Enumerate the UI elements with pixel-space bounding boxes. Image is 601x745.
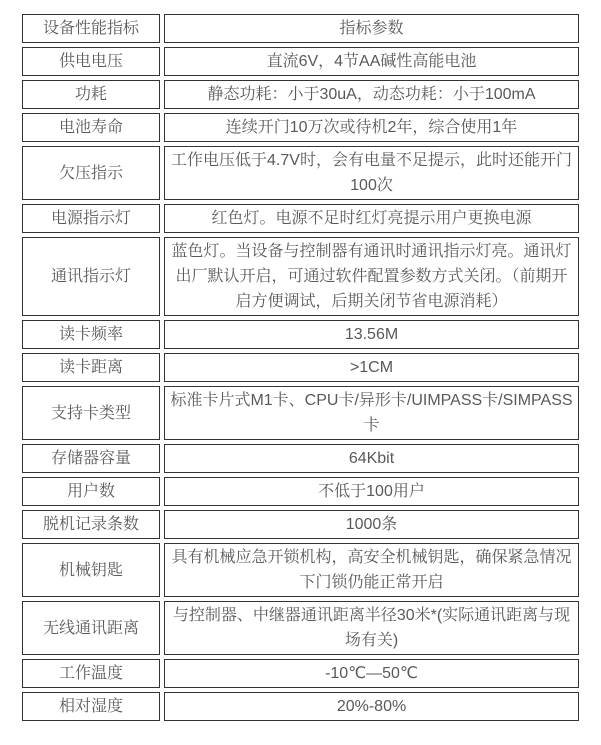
spec-value: 1000条 xyxy=(164,510,579,539)
spec-value: 静态功耗：小于30uA，动态功耗：小于100mA xyxy=(164,80,579,109)
spec-label: 电池寿命 xyxy=(22,113,160,142)
spec-label: 机械钥匙 xyxy=(22,543,160,597)
spec-label: 读卡频率 xyxy=(22,320,160,349)
spec-label: 相对湿度 xyxy=(22,692,160,721)
table-row: 通讯指示灯蓝色灯。当设备与控制器有通讯时通讯指示灯亮。通讯灯出厂默认开启，可通过… xyxy=(22,237,579,316)
spec-value: 20%-80% xyxy=(164,692,579,721)
header-row: 设备性能指标 指标参数 xyxy=(22,14,579,43)
table-row: 供电电压直流6V，4节AA碱性高能电池 xyxy=(22,47,579,76)
spec-value: 具有机械应急开锁机构，高安全机械钥匙，确保紧急情况下门锁仍能正常开启 xyxy=(164,543,579,597)
table-row: 功耗静态功耗：小于30uA，动态功耗：小于100mA xyxy=(22,80,579,109)
table-row: 相对湿度20%-80% xyxy=(22,692,579,721)
table-row: 机械钥匙具有机械应急开锁机构，高安全机械钥匙，确保紧急情况下门锁仍能正常开启 xyxy=(22,543,579,597)
spec-label: 支持卡类型 xyxy=(22,386,160,440)
spec-value: 64Kbit xyxy=(164,444,579,473)
spec-label: 电源指示灯 xyxy=(22,204,160,233)
table-row: 用户数不低于100用户 xyxy=(22,477,579,506)
table-row: 电源指示灯红色灯。电源不足时红灯亮提示用户更换电源 xyxy=(22,204,579,233)
spec-label: 存储器容量 xyxy=(22,444,160,473)
spec-value: >1CM xyxy=(164,353,579,382)
spec-value: 标准卡片式M1卡、CPU卡/异形卡/UIMPASS卡/SIMPASS卡 xyxy=(164,386,579,440)
table-row: 支持卡类型标准卡片式M1卡、CPU卡/异形卡/UIMPASS卡/SIMPASS卡 xyxy=(22,386,579,440)
spec-label: 脱机记录条数 xyxy=(22,510,160,539)
spec-label: 功耗 xyxy=(22,80,160,109)
spec-value: 直流6V，4节AA碱性高能电池 xyxy=(164,47,579,76)
spec-value: 蓝色灯。当设备与控制器有通讯时通讯指示灯亮。通讯灯出厂默认开启，可通过软件配置参… xyxy=(164,237,579,316)
spec-label: 读卡距离 xyxy=(22,353,160,382)
table-row: 读卡距离>1CM xyxy=(22,353,579,382)
spec-value: -10℃—50℃ xyxy=(164,659,579,688)
table-row: 脱机记录条数1000条 xyxy=(22,510,579,539)
table-row: 存储器容量64Kbit xyxy=(22,444,579,473)
spec-table: 设备性能指标 指标参数 供电电压直流6V，4节AA碱性高能电池功耗静态功耗：小于… xyxy=(18,10,583,725)
spec-value: 红色灯。电源不足时红灯亮提示用户更换电源 xyxy=(164,204,579,233)
table-row: 工作温度-10℃—50℃ xyxy=(22,659,579,688)
table-row: 欠压指示工作电压低于4.7V时，会有电量不足提示，此时还能开门100次 xyxy=(22,146,579,200)
spec-value: 不低于100用户 xyxy=(164,477,579,506)
spec-label: 通讯指示灯 xyxy=(22,237,160,316)
spec-value: 工作电压低于4.7V时，会有电量不足提示，此时还能开门100次 xyxy=(164,146,579,200)
spec-label: 工作温度 xyxy=(22,659,160,688)
spec-label: 无线通讯距离 xyxy=(22,601,160,655)
spec-table-body: 设备性能指标 指标参数 供电电压直流6V，4节AA碱性高能电池功耗静态功耗：小于… xyxy=(22,14,579,721)
header-col-parameter: 指标参数 xyxy=(164,14,579,43)
spec-value: 13.56M xyxy=(164,320,579,349)
spec-value: 与控制器、中继器通讯距离半径30米*(实际通讯距离与现场有关) xyxy=(164,601,579,655)
table-row: 读卡频率13.56M xyxy=(22,320,579,349)
table-row: 电池寿命连续开门10万次或待机2年，综合使用1年 xyxy=(22,113,579,142)
header-col-indicator: 设备性能指标 xyxy=(22,14,160,43)
spec-value: 连续开门10万次或待机2年，综合使用1年 xyxy=(164,113,579,142)
spec-label: 供电电压 xyxy=(22,47,160,76)
spec-label: 欠压指示 xyxy=(22,146,160,200)
table-row: 无线通讯距离与控制器、中继器通讯距离半径30米*(实际通讯距离与现场有关) xyxy=(22,601,579,655)
spec-label: 用户数 xyxy=(22,477,160,506)
